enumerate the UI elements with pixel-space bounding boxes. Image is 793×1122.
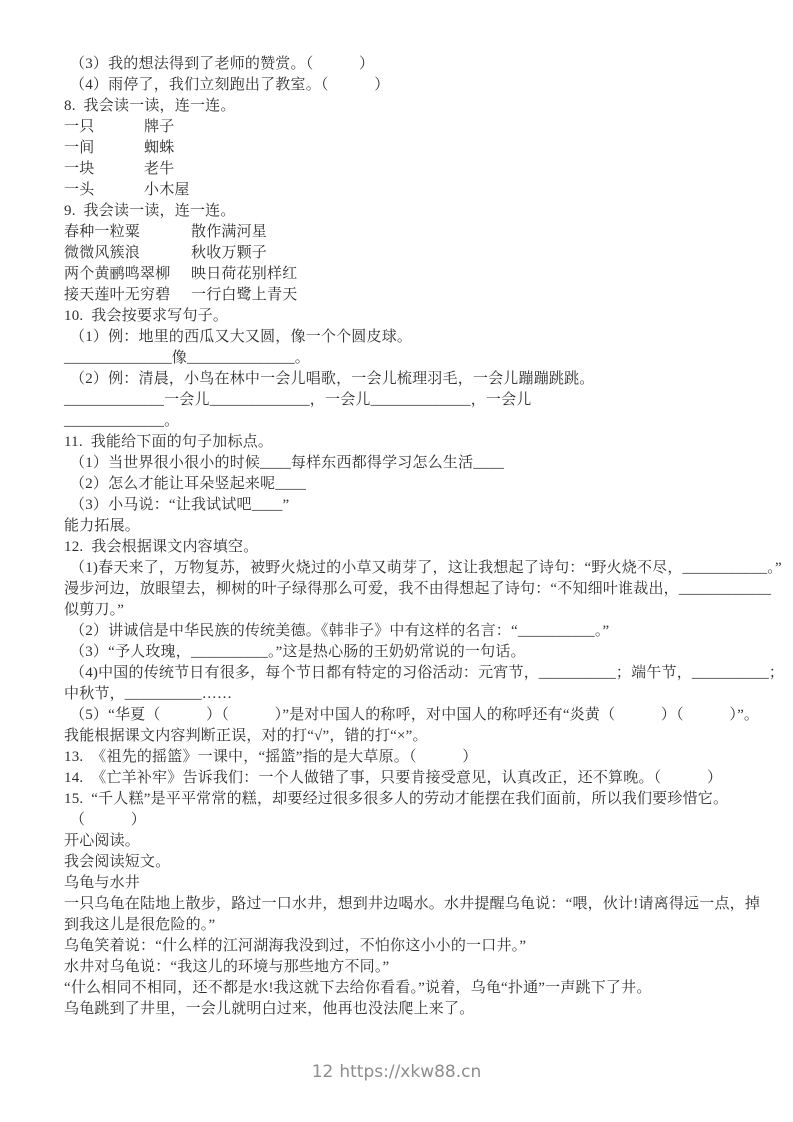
q9-match-row: 两个黄鹂鸣翠柳映日荷花别样红: [64, 264, 765, 285]
q10-item-1: （1）例：地里的西瓜又大又圆，像一个个圆皮球。: [64, 327, 765, 348]
match-right-item: 秋收万颗子: [191, 245, 267, 261]
q11-heading: 11. 我能给下面的句子加标点。: [64, 432, 765, 453]
q12-item-1-line-2: 漫步河边，放眼望去，柳树的叶子绿得那么可爱，我不由得想起了诗句：“不知细叶谁裁出…: [64, 579, 765, 600]
page-number: 12: [312, 1062, 334, 1082]
match-left-item: 一只: [64, 117, 144, 138]
page-footer: 12https://xkw88.cn: [0, 1062, 793, 1082]
q8-match-row: 一头小木屋: [64, 180, 765, 201]
q11-item-1: （1）当世界很小很小的时候____每样东西都得学习怎么生活____: [64, 453, 765, 474]
q15-line-2: （ ）: [64, 810, 765, 831]
q12-item-5: （5）“华夏（ ）（ ）”是对中国人的称呼，对中国人的称呼还有“炎黄（ ）（ ）…: [64, 705, 765, 726]
judge-instruction: 我能根据课文内容判断正误，对的打“√”，错的打“×”。: [64, 726, 765, 747]
q9-match-row: 春种一粒粟散作满河星: [64, 222, 765, 243]
match-left-item: 一块: [64, 159, 144, 180]
q9-heading: 9. 我会读一读，连一连。: [64, 201, 765, 222]
match-right-item: 牌子: [144, 119, 174, 135]
q9-match-row: 微微风簇浪秋收万颗子: [64, 243, 765, 264]
q7-item-4: （4）雨停了，我们立刻跑出了教室。（ ）: [64, 75, 765, 96]
match-right-item: 老牛: [144, 161, 174, 177]
q10-heading: 10. 我会按要求写句子。: [64, 306, 765, 327]
reading-passage-title: 乌龟与水井: [64, 873, 765, 894]
reading-instruction: 我会阅读短文。: [64, 852, 765, 873]
passage-line: 乌龟笑着说：“什么样的江河湖海我没到过，不怕你这小小的一口井。”: [64, 936, 765, 957]
q10-item-2-blank-line-2: _____________。: [64, 411, 765, 432]
passage-line: 水井对乌龟说：“我这儿的环境与那些地方不同。”: [64, 957, 765, 978]
q8-heading: 8. 我会读一读，连一连。: [64, 96, 765, 117]
match-right-item: 蜘蛛: [144, 140, 174, 156]
q9-match-row: 接天莲叶无穷碧一行白鹭上青天: [64, 285, 765, 306]
q13: 13. 《祖先的摇篮》一课中，“摇篮”指的是大草原。（ ）: [64, 747, 765, 768]
q11-item-3: （3）小马说：“让我试试吧____”: [64, 495, 765, 516]
document-lines: （3）我的想法得到了老师的赞赏。（ ）（4）雨停了，我们立刻跑出了教室。（ ）8…: [64, 54, 765, 1020]
match-right-item: 小木屋: [144, 182, 190, 198]
footer-url-link[interactable]: https://xkw88.cn: [339, 1062, 481, 1082]
section-heading-ability: 能力拓展。: [64, 516, 765, 537]
q12-item-1-line-3: 似剪刀。”: [64, 600, 765, 621]
q10-item-2-blank-line-1: _____________一会儿_____________，一会儿_______…: [64, 390, 765, 411]
match-left-item: 两个黄鹂鸣翠柳: [64, 264, 191, 285]
match-left-item: 接天莲叶无穷碧: [64, 285, 191, 306]
q12-heading: 12. 我会根据课文内容填空。: [64, 537, 765, 558]
worksheet-page: { "footer": { "page_number": "12", "url"…: [0, 0, 793, 1122]
q10-item-1-blank-line: ______________像______________。: [64, 348, 765, 369]
q12-item-2: （2）讲诚信是中华民族的传统美德。《韩非子》中有这样的名言：“_________…: [64, 621, 765, 642]
q12-item-1-line-1: （1)春天来了，万物复苏，被野火烧过的小草又萌芽了，这让我想起了诗句：“野火烧不…: [64, 558, 765, 579]
q8-match-row: 一只牌子: [64, 117, 765, 138]
section-heading-reading: 开心阅读。: [64, 831, 765, 852]
q7-item-3: （3）我的想法得到了老师的赞赏。（ ）: [64, 54, 765, 75]
q14: 14. 《亡羊补牢》告诉我们：一个人做错了事，只要肯接受意见，认真改正，还不算晚…: [64, 768, 765, 789]
match-left-item: 一间: [64, 138, 144, 159]
q8-match-row: 一间蜘蛛: [64, 138, 765, 159]
passage-line: 到我这儿是很危险的。”: [64, 915, 765, 936]
passage-line: 一只乌龟在陆地上散步，路过一口水井，想到井边喝水。水井提醒乌龟说：“喂，伙计!请…: [64, 894, 765, 915]
q11-item-2: （2）怎么才能让耳朵竖起来呢____: [64, 474, 765, 495]
q15-line-1: 15. “千人糕”是平平常常的糕，却要经过很多很多人的劳动才能摆在我们面前，所以…: [64, 789, 765, 810]
q8-match-row: 一块老牛: [64, 159, 765, 180]
q10-item-2: （2）例：清晨，小鸟在林中一会儿唱歌，一会儿梳理羽毛，一会儿蹦蹦跳跳。: [64, 369, 765, 390]
match-left-item: 春种一粒粟: [64, 222, 191, 243]
passage-line: 乌龟跳到了井里，一会儿就明白过来，他再也没法爬上来了。: [64, 999, 765, 1020]
q12-item-3: （3）“予人玫瑰，__________。”这是热心肠的王奶奶常说的一句话。: [64, 642, 765, 663]
q12-item-4-line-1: （4)中国的传统节日有很多，每个节日都有特定的习俗活动：元宵节，________…: [64, 663, 765, 684]
match-right-item: 映日荷花别样红: [191, 266, 297, 282]
match-right-item: 散作满河星: [191, 224, 267, 240]
match-left-item: 一头: [64, 180, 144, 201]
match-right-item: 一行白鹭上青天: [191, 287, 297, 303]
q12-item-4-line-2: 中秋节，__________……: [64, 684, 765, 705]
match-left-item: 微微风簇浪: [64, 243, 191, 264]
passage-line: “什么相同不相同，还不都是水!我这就下去给你看看。”说着，乌龟“扑通”一声跳下了…: [64, 978, 765, 999]
